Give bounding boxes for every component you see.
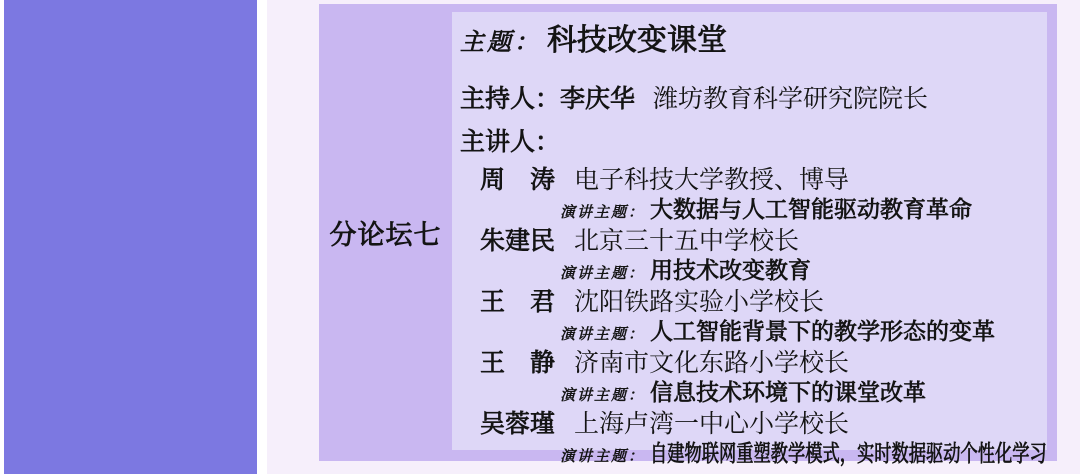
speaker-row: 朱建民 北京三十五中学校长 演讲主题：用技术改变教育 [460,228,1037,287]
theme-line: 主题：科技改变课堂 [460,25,1037,62]
speaker-topic-line: 演讲主题：大数据与人工智能驱动教育革命 [460,196,1037,226]
speaker-main: 王 静 济南市文化东路小学校长 [460,350,1037,377]
topic-label: 演讲主题： [560,388,645,404]
host-label: 主持人： [460,85,560,113]
speaker-row: 王 君 沈阳铁路实验小学校长 演讲主题：人工智能背景下的教学形态的变革 [460,289,1037,348]
speaker-name: 朱建民 [480,228,558,255]
speaker-title: 北京三十五中学校长 [574,228,799,255]
speaker-topic-line: 演讲主题：自建物联网重塑教学模式，实时数据驱动个性化学习 [460,440,1037,470]
topic-text: 大数据与人工智能驱动教育革命 [650,196,972,222]
speaker-main: 王 君 沈阳铁路实验小学校长 [460,289,1037,316]
forum-card: 分论坛七 主题：科技改变课堂 主持人：李庆华潍坊教育科学研究院院长 主讲人： 周… [319,4,1057,461]
forum-content-cell: 主题：科技改变课堂 主持人：李庆华潍坊教育科学研究院院长 主讲人： 周 涛 电子… [452,12,1047,450]
speaker-title: 上海卢湾一中心小学校长 [574,411,849,438]
speaker-topic-line: 演讲主题：人工智能背景下的教学形态的变革 [460,318,1037,348]
theme-label: 主题： [460,30,541,56]
speaker-row: 周 涛 电子科技大学教授、博导 演讲主题：大数据与人工智能驱动教育革命 [460,167,1037,226]
speaker-title: 济南市文化东路小学校长 [574,350,849,377]
speaker-main: 朱建民 北京三十五中学校长 [460,228,1037,255]
topic-label: 演讲主题： [560,205,645,221]
agenda-page-background: 分论坛七 主题：科技改变课堂 主持人：李庆华潍坊教育科学研究院院长 主讲人： 周… [267,0,1080,474]
speaker-title: 电子科技大学教授、博导 [574,167,849,194]
speaker-row: 吴蓉瑾 上海卢湾一中心小学校长 演讲主题：自建物联网重塑教学模式，实时数据驱动个… [460,411,1037,470]
topic-text: 人工智能背景下的教学形态的变革 [650,318,995,344]
speaker-name: 周 涛 [480,167,558,194]
topic-text: 自建物联网重塑教学模式，实时数据驱动个性化学习 [650,440,1047,466]
topic-text: 信息技术环境下的课堂改革 [650,379,926,405]
theme-text: 科技改变课堂 [547,24,727,57]
speaker-row: 王 静 济南市文化东路小学校长 演讲主题：信息技术环境下的课堂改革 [460,350,1037,409]
speaker-title: 沈阳铁路实验小学校长 [574,289,824,316]
speaker-main: 周 涛 电子科技大学教授、博导 [460,167,1037,194]
speaker-name: 王 君 [480,289,558,316]
speaker-name: 王 静 [480,350,558,377]
left-sidebar-panel [4,0,257,474]
speaker-topic-line: 演讲主题：信息技术环境下的课堂改革 [460,379,1037,409]
forum-label: 分论坛七 [330,213,442,252]
topic-label: 演讲主题： [560,266,645,282]
speaker-topic-line: 演讲主题：用技术改变教育 [460,257,1037,287]
host-line: 主持人：李庆华潍坊教育科学研究院院长 [460,86,1037,113]
topic-label: 演讲主题： [560,327,645,343]
topic-label: 演讲主题： [560,449,645,465]
speaker-main: 吴蓉瑾 上海卢湾一中心小学校长 [460,411,1037,438]
speakers-heading: 主讲人： [460,129,1037,156]
forum-label-column: 分论坛七 [319,4,452,461]
host-name: 李庆华 [560,85,635,113]
speaker-name: 吴蓉瑾 [480,411,558,438]
host-title: 潍坊教育科学研究院院长 [653,86,928,113]
topic-text: 用技术改变教育 [650,257,811,283]
